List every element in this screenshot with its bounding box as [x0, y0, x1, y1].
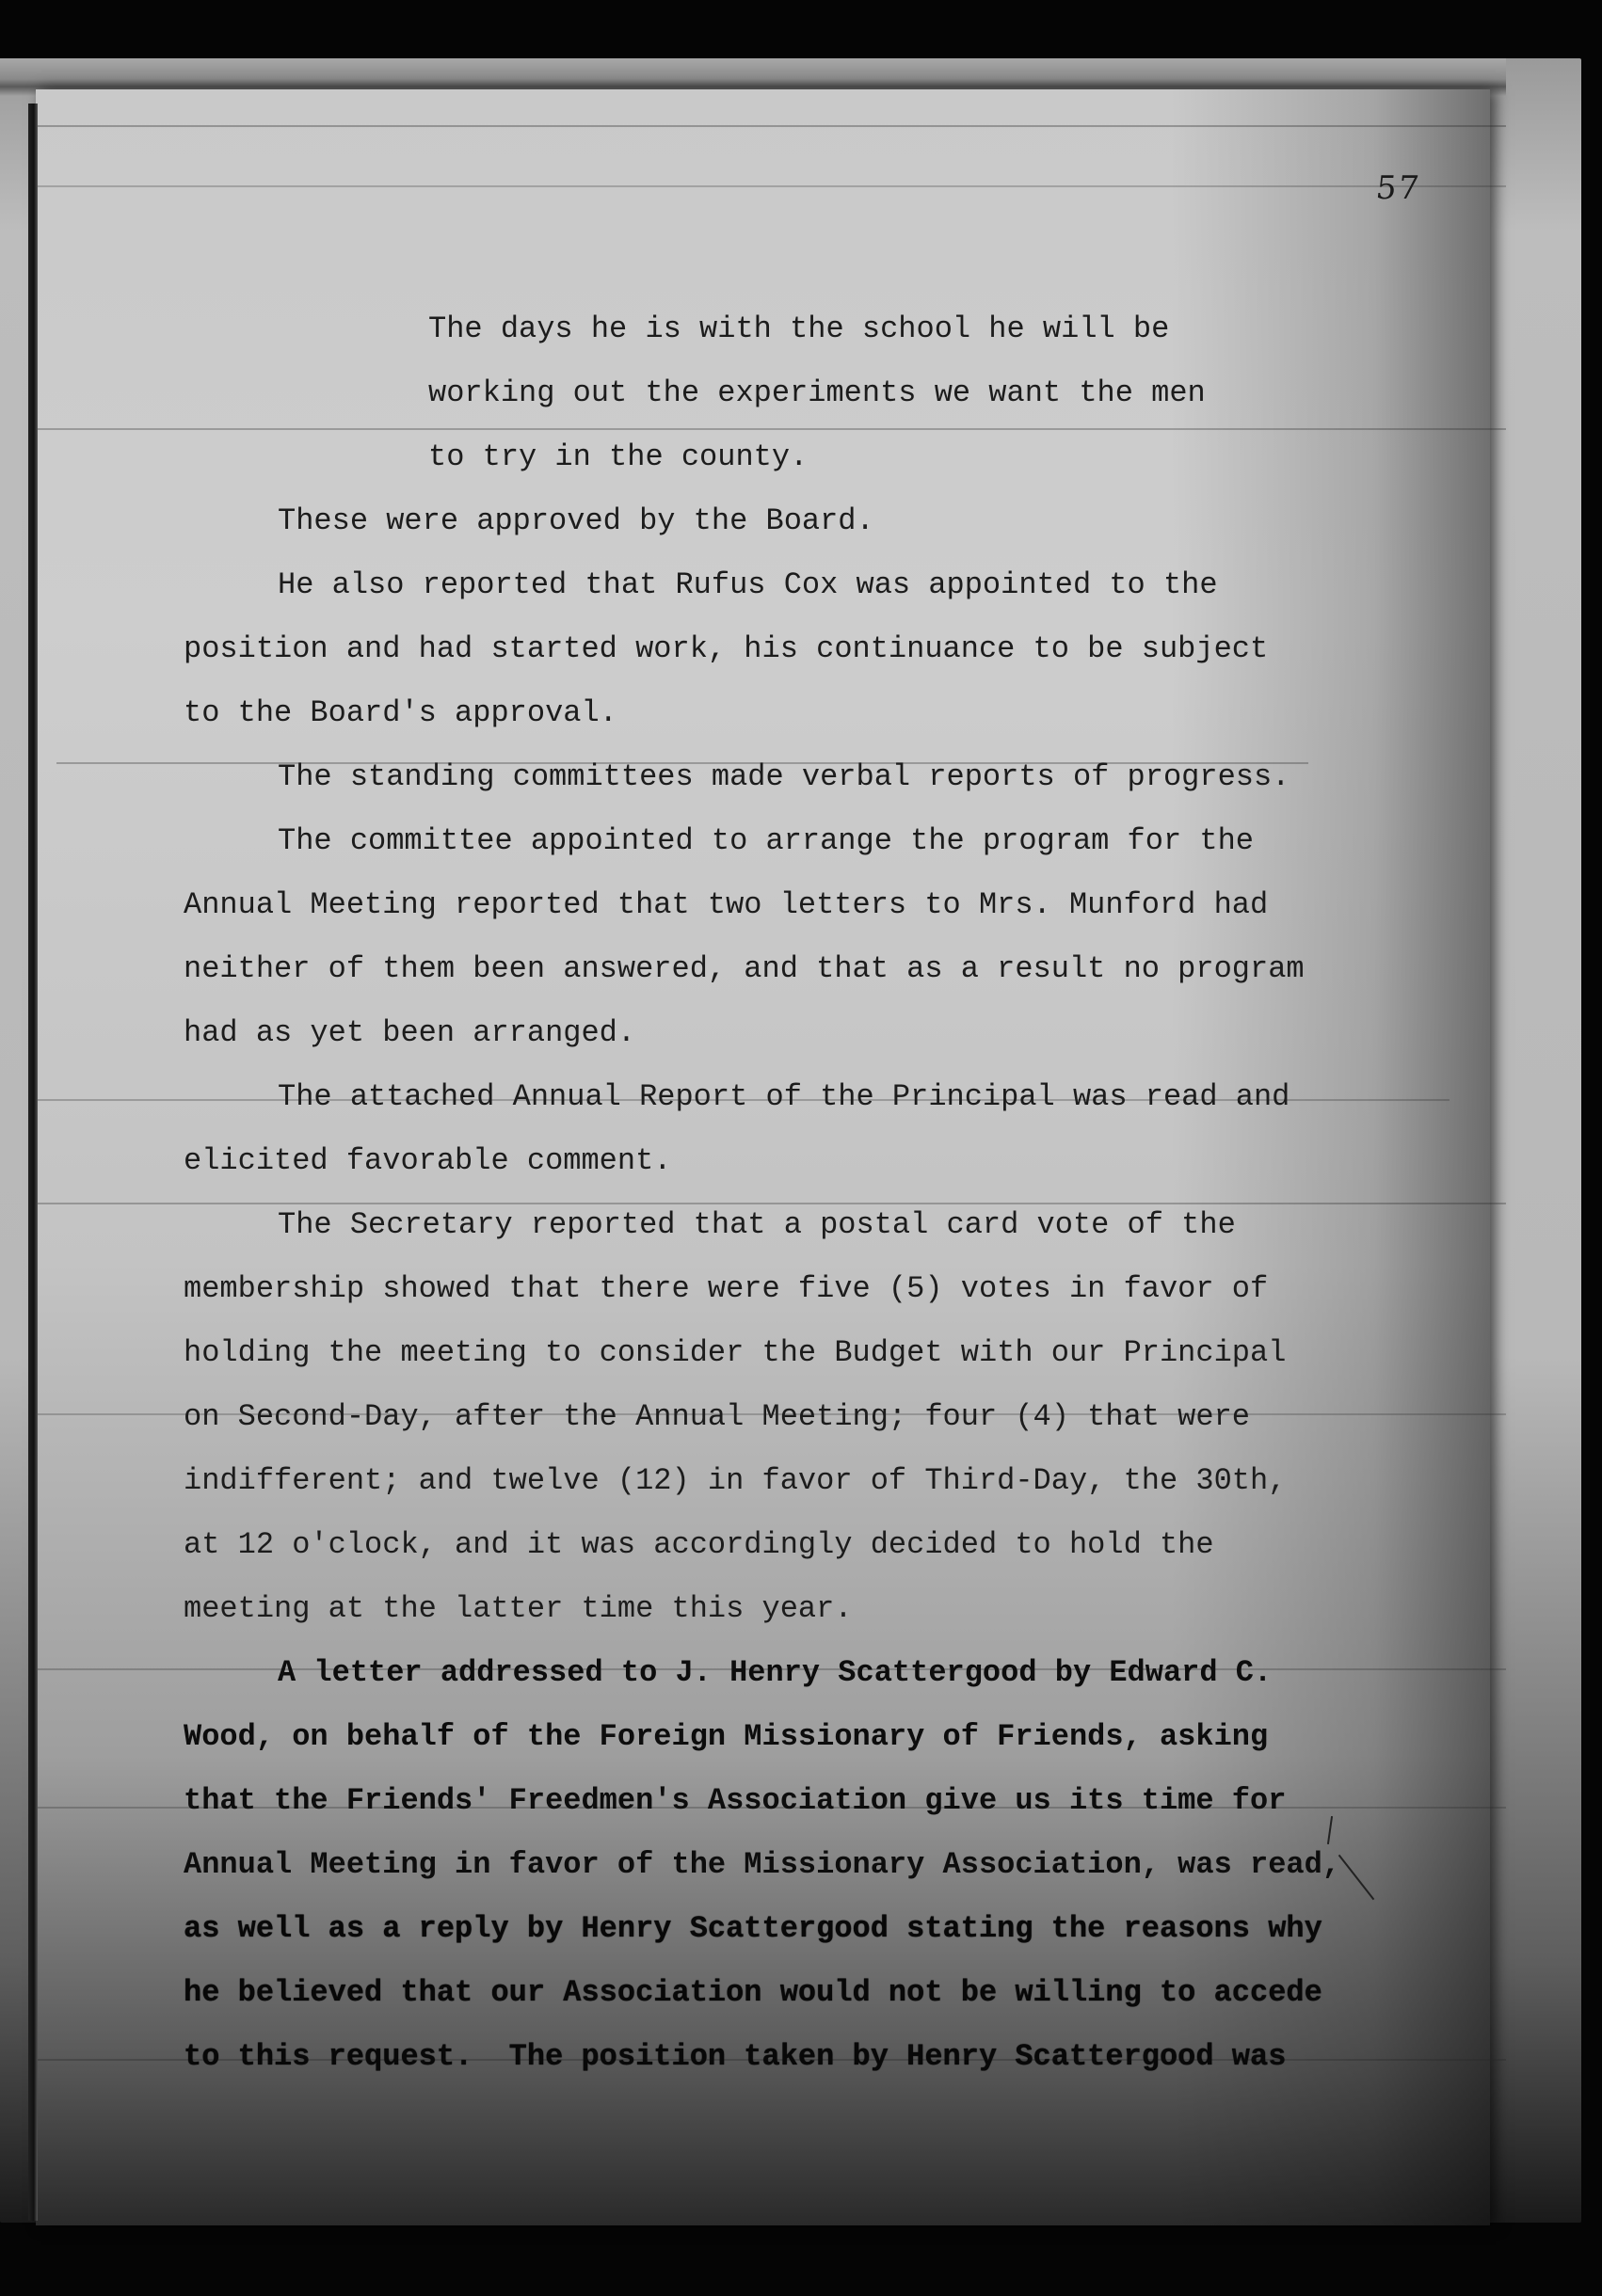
ruled-line [38, 125, 1506, 127]
text-line: to the Board's approval. [184, 681, 617, 745]
text-line: Annual Meeting in favor of the Missionar… [184, 1833, 1340, 1897]
text-line: to this request. The position taken by H… [184, 2025, 1286, 2089]
text-line: indifferent; and twelve (12) in favor of… [184, 1449, 1286, 1513]
text-line: he believed that our Association would n… [184, 1961, 1322, 2025]
text-line: that the Friends' Freedmen's Association… [184, 1769, 1286, 1833]
text-line: The Secretary reported that a postal car… [278, 1193, 1236, 1257]
text-line: A letter addressed to J. Henry Scattergo… [278, 1641, 1272, 1705]
text-line: on Second-Day, after the Annual Meeting;… [184, 1385, 1250, 1449]
text-line: neither of them been answered, and that … [184, 937, 1305, 1001]
text-line: These were approved by the Board. [278, 489, 874, 553]
text-line: The days he is with the school he will b… [428, 297, 1169, 361]
text-line: holding the meeting to consider the Budg… [184, 1321, 1286, 1385]
text-line: position and had started work, his conti… [184, 617, 1268, 681]
text-line: elicited favorable comment. [184, 1129, 671, 1193]
page-number: 57 [1374, 169, 1422, 207]
text-line: The standing committees made verbal repo… [278, 745, 1290, 809]
ruled-line [38, 185, 1506, 187]
text-line: at 12 o'clock, and it was accordingly de… [184, 1513, 1214, 1577]
text-line: Annual Meeting reported that two letters… [184, 873, 1268, 937]
text-line: to try in the county. [428, 425, 808, 489]
text-line: Wood, on behalf of the Foreign Missionar… [184, 1705, 1268, 1769]
text-line: The attached Annual Report of the Princi… [278, 1065, 1290, 1129]
text-line: as well as a reply by Henry Scattergood … [184, 1897, 1322, 1961]
text-line: The committee appointed to arrange the p… [278, 809, 1254, 873]
text-line: had as yet been arranged. [184, 1001, 635, 1065]
text-line: membership showed that there were five (… [184, 1257, 1268, 1321]
text-line: working out the experiments we want the … [428, 361, 1206, 425]
text-line: meeting at the latter time this year. [184, 1577, 853, 1641]
text-line: He also reported that Rufus Cox was appo… [278, 553, 1218, 617]
binding-edge [28, 104, 38, 2221]
